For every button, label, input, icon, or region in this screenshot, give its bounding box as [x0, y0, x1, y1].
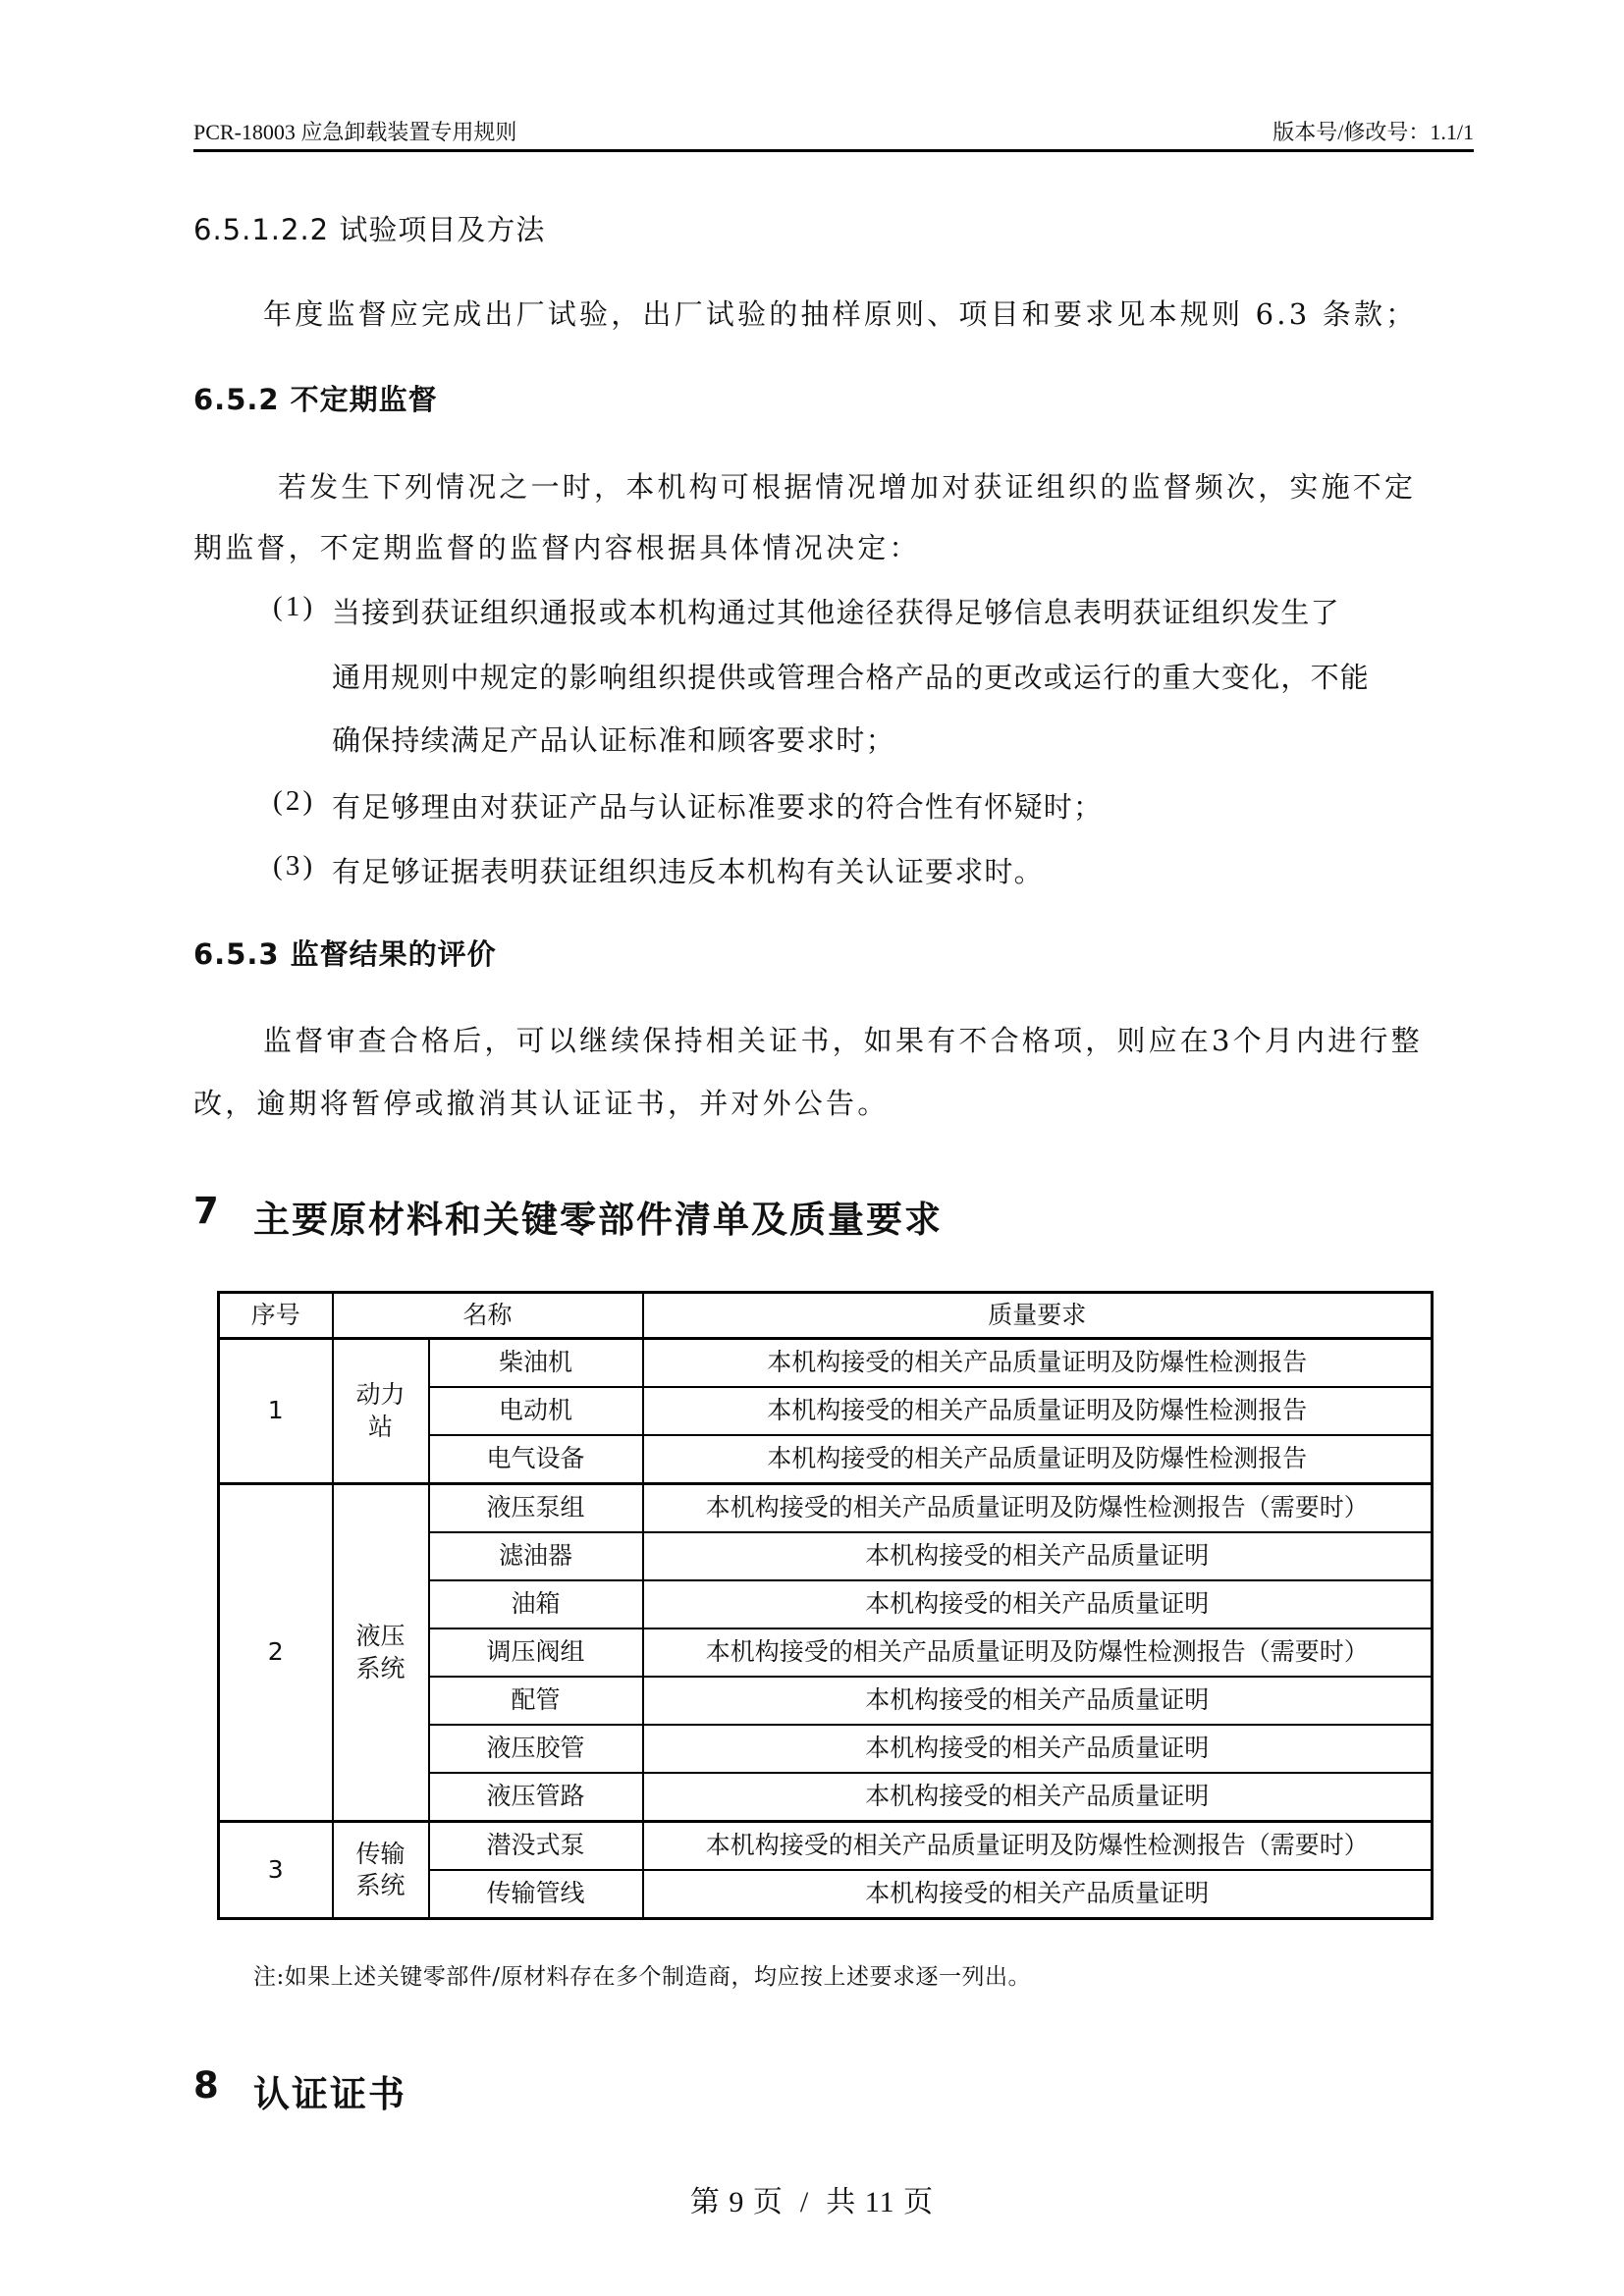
header-doc-title: PCR-18003 应急卸载装置专用规则: [193, 116, 516, 146]
list-item-1-line3: 确保持续满足产品认证标准和顾客要求时；: [332, 719, 895, 759]
column-header-name: 名称: [333, 1293, 643, 1339]
paragraph-irregular-line2: 期监督，不定期监督的监督内容根据具体情况决定：: [193, 526, 921, 566]
group-seq: 1: [219, 1339, 333, 1484]
part-name: 油箱: [429, 1580, 643, 1629]
group-category: 液压 系统: [333, 1484, 429, 1822]
parts-quality-table: 序号 名称 质量要求 1 动力 站 柴油机 本机构接受的相关产品质量证明及防爆性…: [217, 1291, 1434, 1920]
part-requirement: 本机构接受的相关产品质量证明: [643, 1677, 1433, 1725]
part-name: 传输管线: [429, 1870, 643, 1919]
part-requirement: 本机构接受的相关产品质量证明: [643, 1773, 1433, 1822]
part-name: 调压阀组: [429, 1629, 643, 1677]
part-name: 滤油器: [429, 1532, 643, 1580]
section-8-heading: 认证证书: [253, 2064, 406, 2117]
list-marker: (3): [273, 850, 315, 882]
table-note: 注:如果上述关键零部件/原材料存在多个制造商，均应按上述要求逐一列出。: [253, 1958, 1031, 1991]
part-requirement: 本机构接受的相关产品质量证明: [643, 1580, 1433, 1629]
list-marker: (2): [273, 785, 315, 818]
group-category: 传输 系统: [333, 1822, 429, 1919]
column-header-seq: 序号: [219, 1293, 333, 1339]
list-item-3: 有足够证据表明获证组织违反本机构有关认证要求时。: [332, 850, 1044, 890]
category-line: 站: [368, 1413, 393, 1441]
part-requirement: 本机构接受的相关产品质量证明及防爆性检测报告（需要时）: [643, 1629, 1433, 1677]
table-row: 3 传输 系统 潜没式泵 本机构接受的相关产品质量证明及防爆性检测报告（需要时）: [219, 1822, 1433, 1871]
list-item-1-line1: 当接到获证组织通报或本机构通过其他途径获得足够信息表明获证组织发生了: [332, 591, 1340, 631]
category-line: 液压: [355, 1622, 405, 1650]
part-name: 柴油机: [429, 1339, 643, 1388]
heading-6-5-2: 6.5.2 不定期监督: [193, 378, 438, 418]
table-header-row: 序号 名称 质量要求: [219, 1293, 1433, 1339]
heading-6-5-1-2-2: 6.5.1.2.2 试验项目及方法: [193, 208, 545, 248]
list-item-1-line2: 通用规则中规定的影响组织提供或管理合格产品的更改或运行的重大变化，不能: [332, 656, 1370, 696]
list-marker: (1): [273, 591, 315, 623]
part-requirement: 本机构接受的相关产品质量证明及防爆性检测报告: [643, 1435, 1433, 1484]
part-requirement: 本机构接受的相关产品质量证明: [643, 1725, 1433, 1773]
group-seq: 2: [219, 1484, 333, 1822]
group-seq: 3: [219, 1822, 333, 1919]
part-name: 液压泵组: [429, 1484, 643, 1533]
paragraph-evaluation-line2: 改，逾期将暂停或撤消其认证证书，并对外公告。: [193, 1082, 889, 1122]
header-version: 版本号/修改号：1.1/1: [1272, 116, 1474, 146]
part-name: 电气设备: [429, 1435, 643, 1484]
part-requirement: 本机构接受的相关产品质量证明: [643, 1870, 1433, 1919]
paragraph-irregular-line1: 若发生下列情况之一时，本机构可根据情况增加对获证组织的监督频次，实施不定: [278, 465, 1416, 506]
group-category: 动力 站: [333, 1339, 429, 1484]
section-8-number: 8: [193, 2064, 221, 2107]
heading-6-5-3: 6.5.3 监督结果的评价: [193, 933, 497, 973]
category-line: 系统: [355, 1654, 405, 1682]
table-row: 2 液压 系统 液压泵组 本机构接受的相关产品质量证明及防爆性检测报告（需要时）: [219, 1484, 1433, 1533]
category-line: 系统: [355, 1871, 405, 1899]
paragraph-evaluation-line1: 监督审查合格后，可以继续保持相关证书，如果有不合格项，则应在3个月内进行整: [263, 1019, 1423, 1059]
part-name: 潜没式泵: [429, 1822, 643, 1871]
part-name: 液压管路: [429, 1773, 643, 1822]
part-requirement: 本机构接受的相关产品质量证明: [643, 1532, 1433, 1580]
part-requirement: 本机构接受的相关产品质量证明及防爆性检测报告: [643, 1339, 1433, 1388]
section-7-heading: 主要原材料和关键零部件清单及质量要求: [253, 1190, 943, 1243]
part-name: 电动机: [429, 1387, 643, 1435]
page-number: 第 9 页 / 共 11 页: [0, 2177, 1624, 2220]
list-item-2: 有足够理由对获证产品与认证标准要求的符合性有怀疑时；: [332, 785, 1103, 826]
part-requirement: 本机构接受的相关产品质量证明及防爆性检测报告: [643, 1387, 1433, 1435]
paragraph-annual-supervision: 年度监督应完成出厂试验，出厂试验的抽样原则、项目和要求见本规则 6.3 条款；: [263, 293, 1417, 333]
header-rule: [193, 149, 1474, 152]
category-line: 传输: [355, 1840, 405, 1868]
section-7-number: 7: [193, 1190, 221, 1232]
column-header-requirement: 质量要求: [643, 1293, 1433, 1339]
category-line: 动力: [355, 1380, 405, 1409]
table-row: 1 动力 站 柴油机 本机构接受的相关产品质量证明及防爆性检测报告: [219, 1339, 1433, 1388]
part-requirement: 本机构接受的相关产品质量证明及防爆性检测报告（需要时）: [643, 1484, 1433, 1533]
part-name: 液压胶管: [429, 1725, 643, 1773]
part-requirement: 本机构接受的相关产品质量证明及防爆性检测报告（需要时）: [643, 1822, 1433, 1871]
part-name: 配管: [429, 1677, 643, 1725]
